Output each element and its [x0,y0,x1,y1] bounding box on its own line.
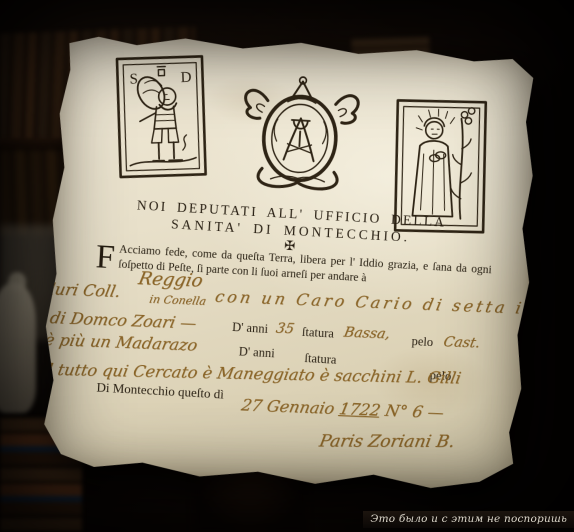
photo-vignette [0,0,574,532]
watermark-caption: Это было и с этим не поспоришь [363,511,574,528]
photo-scene: S D [0,0,574,532]
